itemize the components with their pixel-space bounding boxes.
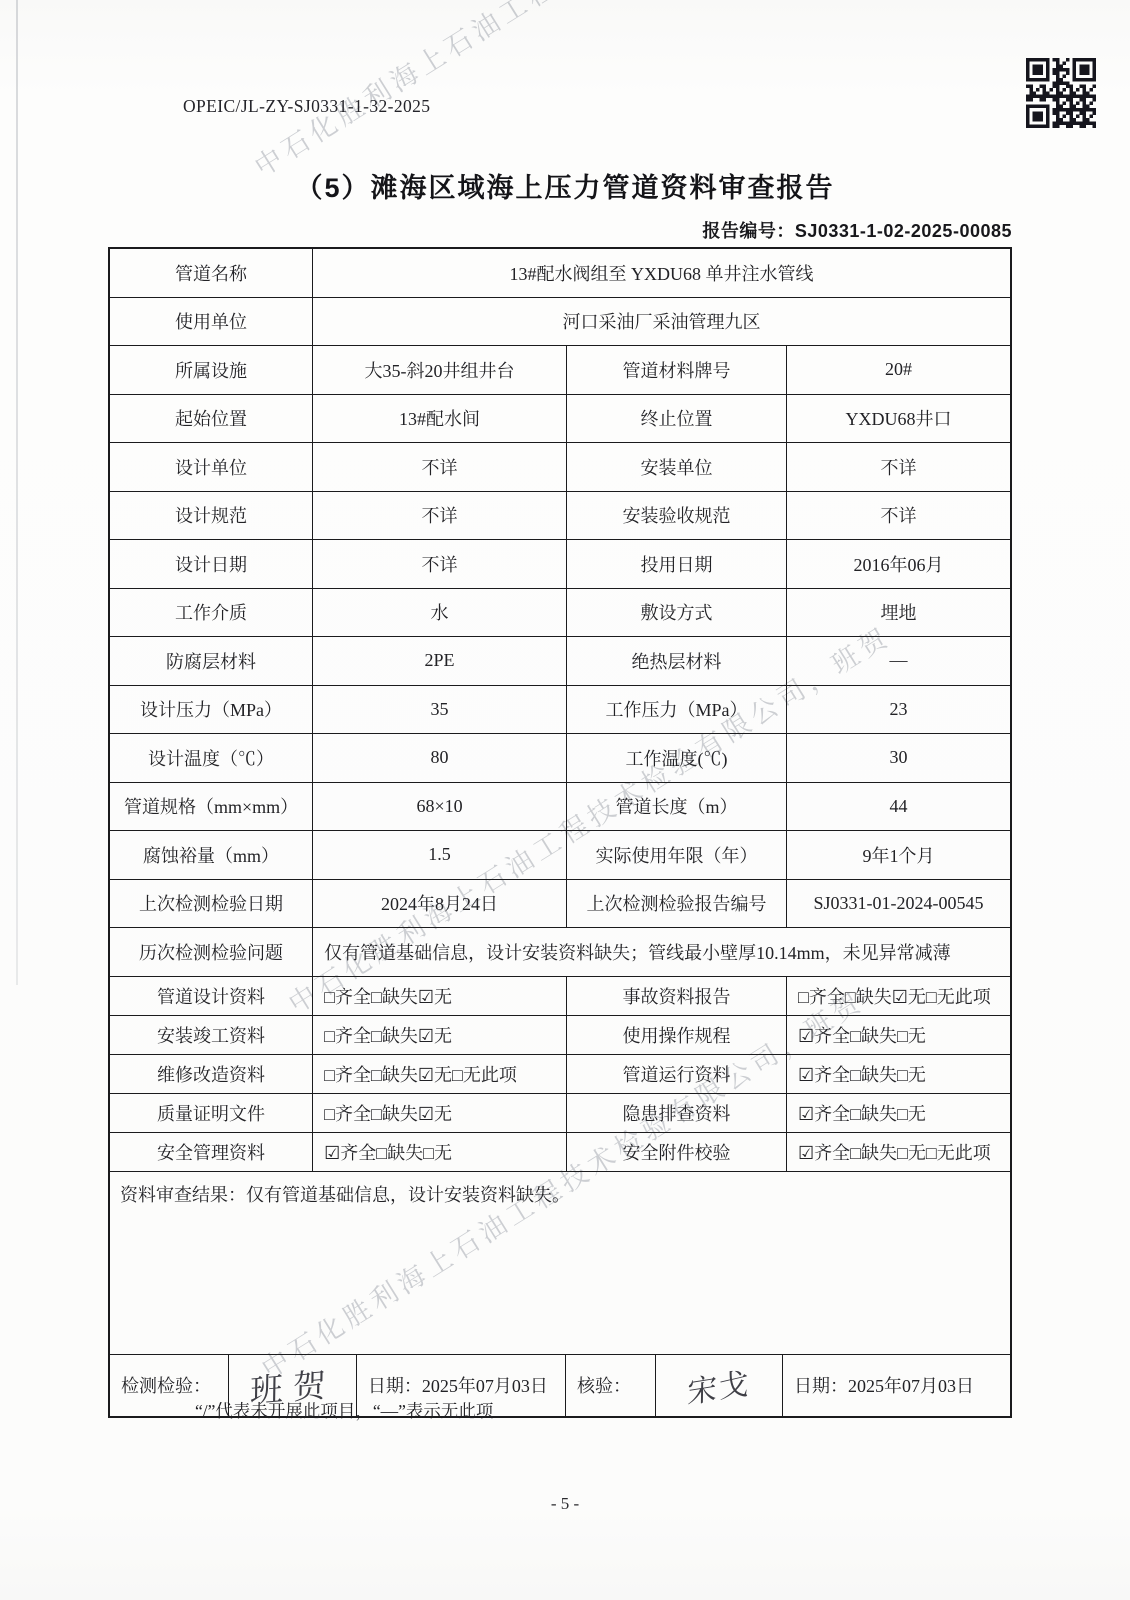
table-row: 设计压力（MPa） 35 工作压力（MPa） 23 — [110, 685, 1010, 734]
table-row: 工作介质 水 敷设方式 埋地 — [110, 588, 1010, 637]
field-value: YXDU68井口 — [786, 395, 1010, 443]
field-label: 安装单位 — [566, 443, 786, 491]
table-row: 设计规范 不详 安装验收规范 不详 — [110, 491, 1010, 540]
document-code: OPEIC/JL-ZY-SJ0331-1-32-2025 — [183, 96, 430, 117]
field-label: 敷设方式 — [566, 589, 786, 637]
page-title: （5）滩海区域海上压力管道资料审查报告 — [0, 166, 1130, 205]
field-label: 质量证明文件 — [110, 1094, 312, 1132]
field-value: 2PE — [312, 637, 566, 685]
field-label: 管道长度（m） — [566, 783, 786, 831]
checkbox-group: □齐全□缺失☑无□无此项 — [312, 1055, 566, 1093]
field-value: — — [786, 637, 1010, 685]
field-value: 仅有管道基础信息，设计安装资料缺失；管线最小壁厚10.14mm，未见异常减薄 — [312, 928, 1010, 976]
table-row: 安全管理资料 ☑齐全□缺失□无 安全附件校验 ☑齐全□缺失□无□无此项 — [110, 1132, 1010, 1171]
field-label: 设计日期 — [110, 540, 312, 588]
table-row: 使用单位 河口采油厂采油管理九区 — [110, 297, 1010, 346]
table-row: 防腐层材料 2PE 绝热层材料 — — [110, 636, 1010, 685]
table-row: 维修改造资料 □齐全□缺失☑无□无此项 管道运行资料 ☑齐全□缺失□无 — [110, 1054, 1010, 1093]
field-label: 维修改造资料 — [110, 1055, 312, 1093]
table-row: 质量证明文件 □齐全□缺失☑无 隐患排查资料 ☑齐全□缺失□无 — [110, 1093, 1010, 1132]
checkbox-group: ☑齐全□缺失□无 — [786, 1094, 1010, 1132]
checkbox-group: ☑齐全□缺失□无□无此项 — [786, 1133, 1010, 1171]
field-label: 上次检测检验日期 — [110, 880, 312, 928]
field-label: 管道规格（mm×mm） — [110, 783, 312, 831]
legend-footnote: “/”代表未开展此项目，“—”表示无此项 — [195, 1398, 493, 1423]
field-value: 2024年8月24日 — [312, 880, 566, 928]
field-label: 防腐层材料 — [110, 637, 312, 685]
field-label: 历次检测检验问题 — [110, 928, 312, 976]
field-label: 终止位置 — [566, 395, 786, 443]
field-label: 所属设施 — [110, 346, 312, 394]
document-page: 中石化胜利海上石油工程技术检验有限公司，班贺 中石化胜利海上石油工程技术检验有限… — [0, 0, 1130, 1600]
field-value: 不详 — [312, 492, 566, 540]
field-label: 设计温度（℃） — [110, 734, 312, 782]
checkbox-group: □齐全□缺失☑无□无此项 — [786, 977, 1010, 1015]
field-label: 管道运行资料 — [566, 1055, 786, 1093]
field-value: 20# — [786, 346, 1010, 394]
table-row: 管道规格（mm×mm） 68×10 管道长度（m） 44 — [110, 782, 1010, 831]
field-value: 44 — [786, 783, 1010, 831]
field-label: 安全管理资料 — [110, 1133, 312, 1171]
checkbox-group: □齐全□缺失☑无 — [312, 1094, 566, 1132]
field-label: 设计压力（MPa） — [110, 686, 312, 734]
field-value: 2016年06月 — [786, 540, 1010, 588]
table-row: 设计温度（℃） 80 工作温度(℃) 30 — [110, 733, 1010, 782]
review-result: 资料审查结果：仅有管道基础信息，设计安装资料缺失。 — [110, 1172, 1010, 1354]
field-label: 安全附件校验 — [566, 1133, 786, 1171]
table-row: 设计日期 不详 投用日期 2016年06月 — [110, 539, 1010, 588]
field-value: 不详 — [786, 443, 1010, 491]
field-value: 13#配水间 — [312, 395, 566, 443]
field-label: 事故资料报告 — [566, 977, 786, 1015]
field-label: 实际使用年限（年） — [566, 831, 786, 879]
checkbox-group: □齐全□缺失☑无 — [312, 977, 566, 1015]
field-value: 68×10 — [312, 783, 566, 831]
table-row: 上次检测检验日期 2024年8月24日 上次检测检验报告编号 SJ0331-01… — [110, 879, 1010, 928]
page-number: - 5 - — [0, 1494, 1130, 1514]
field-label: 安装验收规范 — [566, 492, 786, 540]
checkbox-group: ☑齐全□缺失□无 — [786, 1055, 1010, 1093]
field-value: 9年1个月 — [786, 831, 1010, 879]
field-label: 使用单位 — [110, 298, 312, 346]
field-value: 80 — [312, 734, 566, 782]
field-label: 起始位置 — [110, 395, 312, 443]
field-label: 隐患排查资料 — [566, 1094, 786, 1132]
field-label: 设计单位 — [110, 443, 312, 491]
checkbox-group: ☑齐全□缺失□无 — [312, 1133, 566, 1171]
report-number: 报告编号：SJ0331-1-02-2025-00085 — [702, 217, 1012, 243]
field-value: 30 — [786, 734, 1010, 782]
verifier-signature: 宋戈 — [655, 1355, 782, 1416]
scan-edge-artifact — [16, 0, 18, 985]
field-label: 腐蚀裕量（mm） — [110, 831, 312, 879]
field-value: 23 — [786, 686, 1010, 734]
verification-date: 日期：2025年07月03日 — [782, 1355, 1010, 1416]
report-table: 管道名称 13#配水阀组至 YXDU68 单井注水管线 使用单位 河口采油厂采油… — [108, 247, 1012, 1418]
field-value: 13#配水阀组至 YXDU68 单井注水管线 — [312, 249, 1010, 297]
table-row: 设计单位 不详 安装单位 不详 — [110, 442, 1010, 491]
field-label: 管道材料牌号 — [566, 346, 786, 394]
field-label: 管道设计资料 — [110, 977, 312, 1015]
field-value: 不详 — [312, 540, 566, 588]
field-label: 设计规范 — [110, 492, 312, 540]
field-label: 投用日期 — [566, 540, 786, 588]
field-value: 不详 — [312, 443, 566, 491]
checkbox-group: ☑齐全□缺失□无 — [786, 1016, 1010, 1054]
field-value: 水 — [312, 589, 566, 637]
checkbox-group: □齐全□缺失☑无 — [312, 1016, 566, 1054]
field-label: 安装竣工资料 — [110, 1016, 312, 1054]
field-label: 核验： — [565, 1355, 655, 1416]
table-row: 起始位置 13#配水间 终止位置 YXDU68井口 — [110, 394, 1010, 443]
field-label: 上次检测检验报告编号 — [566, 880, 786, 928]
field-value: 不详 — [786, 492, 1010, 540]
table-row: 管道名称 13#配水阀组至 YXDU68 单井注水管线 — [110, 249, 1010, 297]
table-row: 管道设计资料 □齐全□缺失☑无 事故资料报告 □齐全□缺失☑无□无此项 — [110, 976, 1010, 1015]
table-row: 资料审查结果：仅有管道基础信息，设计安装资料缺失。 — [110, 1171, 1010, 1354]
field-value: SJ0331-01-2024-00545 — [786, 880, 1010, 928]
field-value: 35 — [312, 686, 566, 734]
table-row: 腐蚀裕量（mm） 1.5 实际使用年限（年） 9年1个月 — [110, 830, 1010, 879]
field-label: 工作温度(℃) — [566, 734, 786, 782]
qr-code-icon — [1024, 58, 1098, 128]
field-label: 绝热层材料 — [566, 637, 786, 685]
field-value: 河口采油厂采油管理九区 — [312, 298, 1010, 346]
field-label: 管道名称 — [110, 249, 312, 297]
field-label: 使用操作规程 — [566, 1016, 786, 1054]
field-value: 埋地 — [786, 589, 1010, 637]
field-label: 工作压力（MPa） — [566, 686, 786, 734]
field-label: 工作介质 — [110, 589, 312, 637]
table-row: 安装竣工资料 □齐全□缺失☑无 使用操作规程 ☑齐全□缺失□无 — [110, 1015, 1010, 1054]
field-value: 大35-斜20井组井台 — [312, 346, 566, 394]
table-row: 历次检测检验问题 仅有管道基础信息，设计安装资料缺失；管线最小壁厚10.14mm… — [110, 927, 1010, 976]
field-value: 1.5 — [312, 831, 566, 879]
watermark: 中石化胜利海上石油工程技术检验有限公司，班贺 — [246, 0, 864, 184]
table-row: 所属设施 大35-斜20井组井台 管道材料牌号 20# — [110, 345, 1010, 394]
